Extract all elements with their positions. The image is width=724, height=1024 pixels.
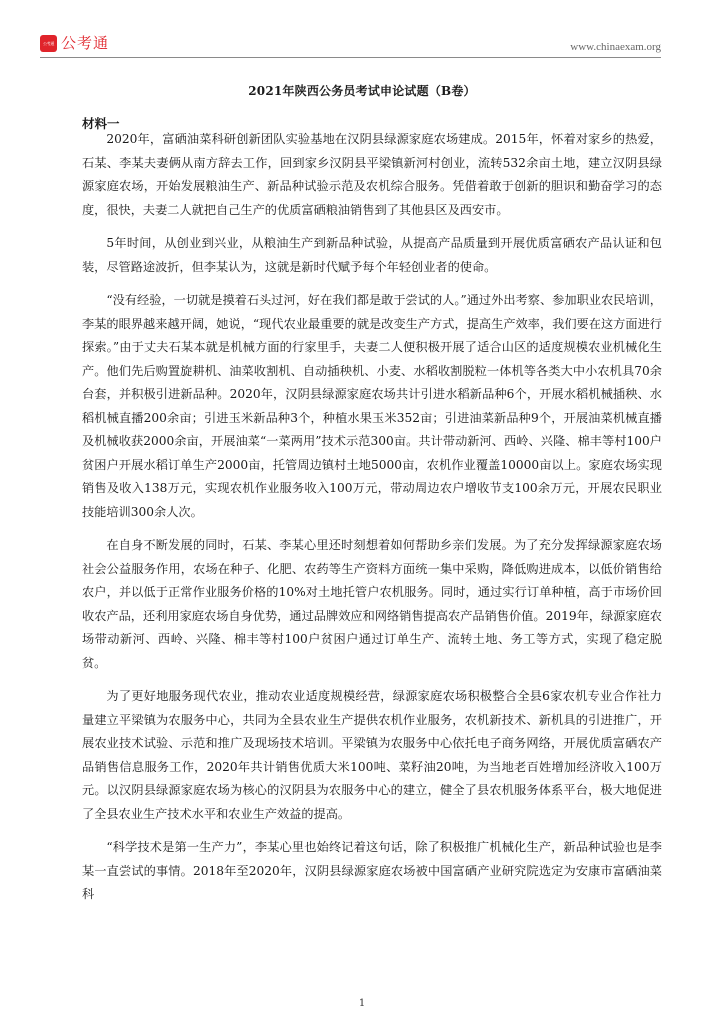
document-title: 2021年陕西公务员考试申论试题（B卷） [0, 82, 724, 99]
paragraph: “没有经验，一切就是摸着石头过河，好在我们都是敢于尝试的人。”通过外出考察、参加… [82, 289, 662, 524]
paragraph: 为了更好地服务现代农业，推动农业适度规模经营，绿源家庭农场积极整合全县6家农机专… [82, 685, 662, 826]
logo-text: 公考通 [61, 35, 109, 52]
paragraph: “科学技术是第一生产力”，李某心里也始终记着这句话，除了积极推广机械化生产，新品… [82, 836, 662, 907]
page-number: 1 [0, 998, 724, 1009]
paragraph: 5年时间，从创业到兴业，从粮油生产到新品种试验，从提高产品质量到开展优质富硒农产… [82, 232, 662, 279]
paragraph: 在自身不断发展的同时，石某、李某心里还时刻想着如何帮助乡亲们发展。为了充分发挥绿… [82, 534, 662, 675]
page-header: 公考通 公考通 www.chinaexam.org [40, 33, 661, 58]
paragraph: 2020年，富硒油菜科研创新团队实验基地在汉阴县绿源家庭农场建成。2015年，怀… [82, 128, 662, 222]
document-body: 2020年，富硒油菜科研创新团队实验基地在汉阴县绿源家庭农场建成。2015年，怀… [82, 128, 662, 917]
brand-logo[interactable]: 公考通 公考通 [40, 35, 109, 52]
site-url-link[interactable]: www.chinaexam.org [570, 41, 661, 53]
logo-badge-icon: 公考通 [40, 35, 57, 52]
